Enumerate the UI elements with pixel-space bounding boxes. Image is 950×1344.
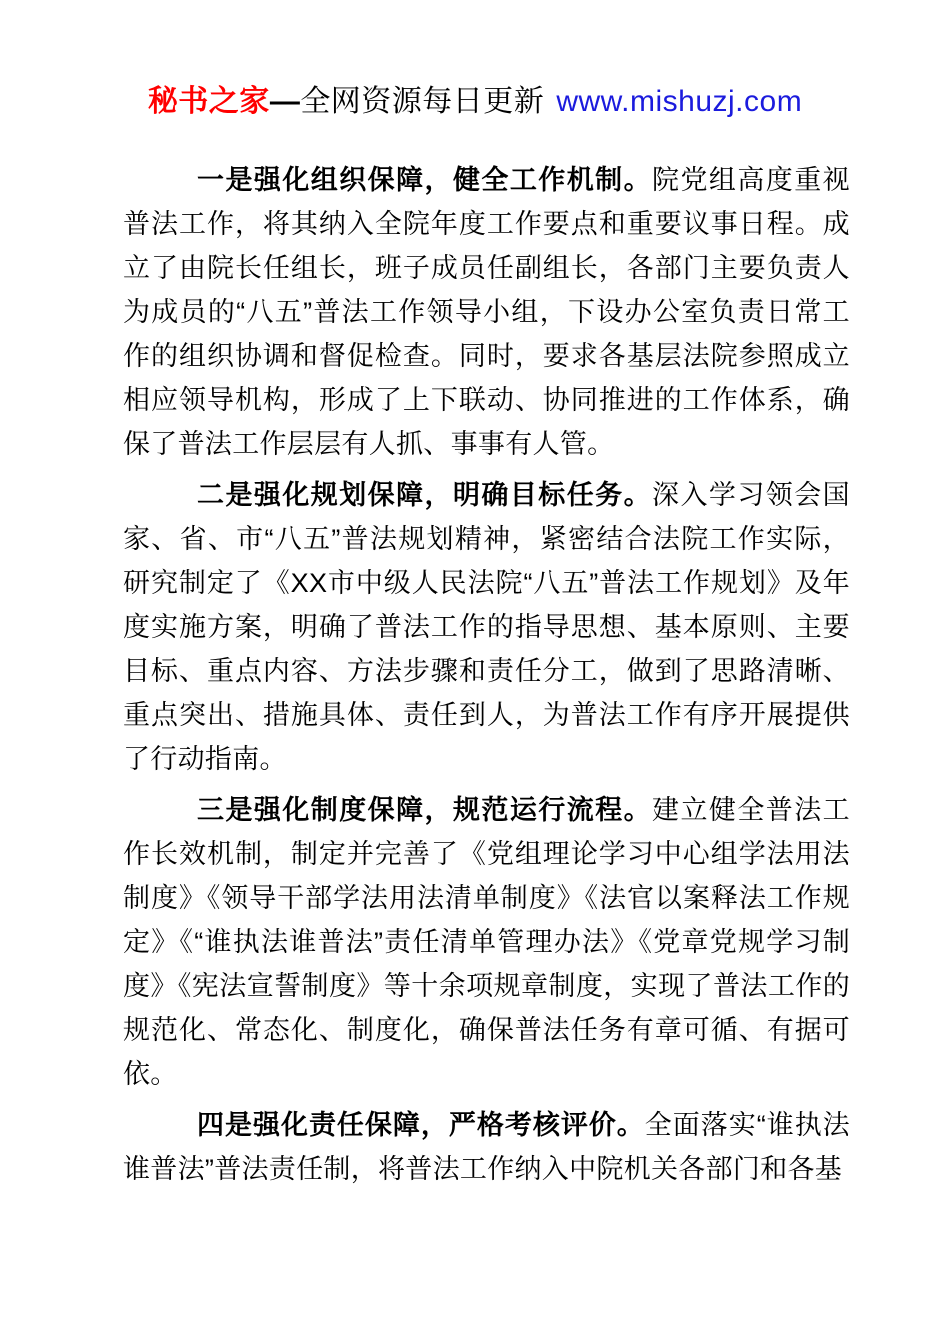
document-body: 一是强化组织保障，健全工作机制。院党组高度重视普法工作，将其纳入全院年度工作要点… [123, 158, 850, 1198]
paragraph-1-text: 院党组高度重视普法工作，将其纳入全院年度工作要点和重要议事日程。成立了由院长任组… [123, 165, 850, 459]
header-separator: — [270, 85, 301, 118]
paragraph-3: 三是强化制度保障，规范运行流程。建立健全普法工作长效机制，制定并完善了《党组理论… [123, 788, 850, 1096]
document-page: 秘书之家—全网资源每日更新www.mishuzj.com 一是强化组织保障，健全… [0, 0, 950, 1344]
watermark-header: 秘书之家—全网资源每日更新www.mishuzj.com [0, 84, 950, 120]
paragraph-1: 一是强化组织保障，健全工作机制。院党组高度重视普法工作，将其纳入全院年度工作要点… [123, 158, 850, 466]
site-tagline-label: 全网资源每日更新 [300, 85, 544, 118]
paragraph-4: 四是强化责任保障，严格考核评价。全面落实“谁执法谁普法”普法责任制，将普法工作纳… [123, 1103, 850, 1191]
paragraph-2-lead: 二是强化规划保障，明确目标任务。 [197, 480, 652, 510]
paragraph-3-text: 建立健全普法工作长效机制，制定并完善了《党组理论学习中心组学法用法制度》《领导干… [123, 795, 850, 1089]
paragraph-1-lead: 一是强化组织保障，健全工作机制。 [197, 165, 652, 195]
site-url-link[interactable]: www.mishuzj.com [556, 85, 802, 118]
site-name-label: 秘书之家 [148, 85, 270, 118]
paragraph-3-lead: 三是强化制度保障，规范运行流程。 [197, 795, 652, 825]
paragraph-2-text: 深入学习领会国家、省、市“八五”普法规划精神，紧密结合法院工作实际，研究制定了《… [123, 480, 850, 774]
paragraph-4-lead: 四是强化责任保障，严格考核评价。 [197, 1110, 645, 1140]
paragraph-2: 二是强化规划保障，明确目标任务。深入学习领会国家、省、市“八五”普法规划精神，紧… [123, 473, 850, 781]
